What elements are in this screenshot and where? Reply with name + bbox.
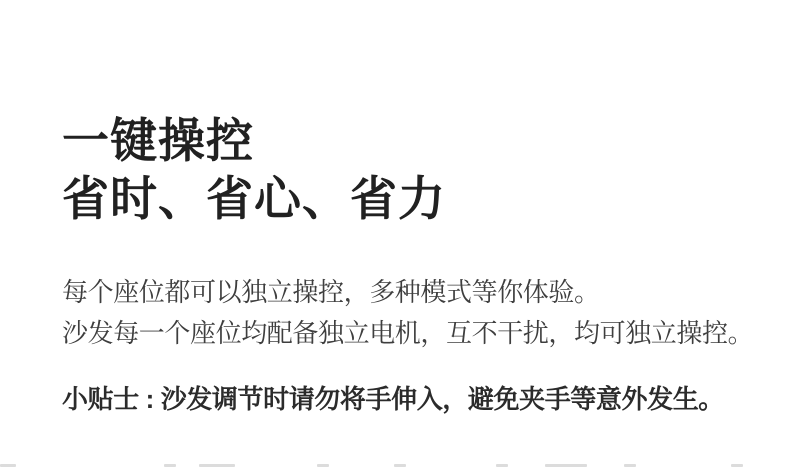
cropped-next-image-edge	[0, 462, 790, 467]
section-title-line-1: 一键操控	[62, 112, 446, 170]
description-line-1: 每个座位都可以独立操控，多种模式等你体验。	[62, 272, 753, 313]
section-description: 每个座位都可以独立操控，多种模式等你体验。 沙发每一个座位均配备独立电机，互不干…	[62, 272, 753, 354]
description-line-2: 沙发每一个座位均配备独立电机，互不干扰，均可独立操控。	[62, 313, 753, 354]
section-title-line-2: 省时、省心、省力	[62, 170, 446, 228]
section-title: 一键操控 省时、省心、省力	[62, 112, 446, 228]
product-detail-text-section: 一键操控 省时、省心、省力 每个座位都可以独立操控，多种模式等你体验。 沙发每一…	[0, 0, 790, 467]
tip-text: 小贴士 : 沙发调节时请勿将手伸入，避免夹手等意外发生。	[62, 382, 724, 416]
